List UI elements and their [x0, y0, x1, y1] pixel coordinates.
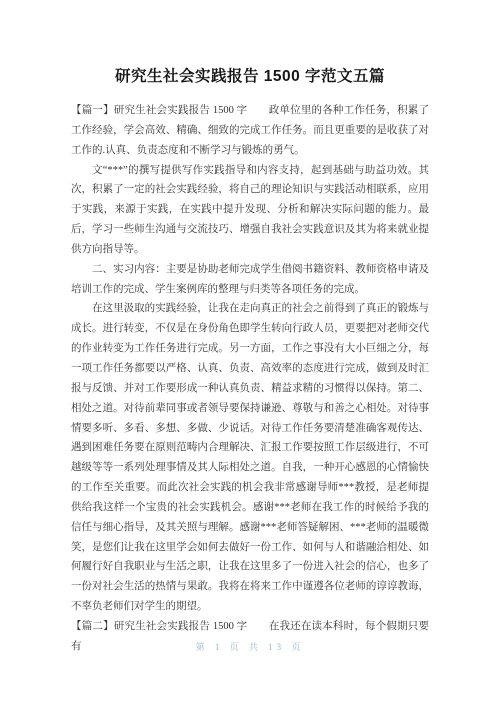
paragraph-4: 在这里汲取的实践经验，让我在走向真正的社会之前得到了真正的锻炼与成长。进行转变，…	[71, 299, 429, 617]
document-title: 研究生社会实践报告 1500 字范文五篇	[0, 0, 500, 88]
document-page: 研究生社会实践报告 1500 字范文五篇 【篇一】研究生社会实践报告 1500 …	[0, 0, 500, 707]
document-body: 【篇一】研究生社会实践报告 1500 字 政单位里的各种工作任务，积累了工作经验…	[71, 101, 429, 657]
paragraph-2: 文“***”的撰写提供写作实践指导和内容支持，起到基础与助益功效。其次，积累了一…	[71, 161, 429, 260]
paragraph-1: 【篇一】研究生社会实践报告 1500 字 政单位里的各种工作任务，积累了工作经验…	[71, 101, 429, 161]
page-number: 第 1 页 共 13 页	[0, 641, 500, 653]
paragraph-3: 二、实习内容：主要是协助老师完成学生借阅书籍资料、教师资格申请及培训工作的完成、…	[71, 260, 429, 300]
